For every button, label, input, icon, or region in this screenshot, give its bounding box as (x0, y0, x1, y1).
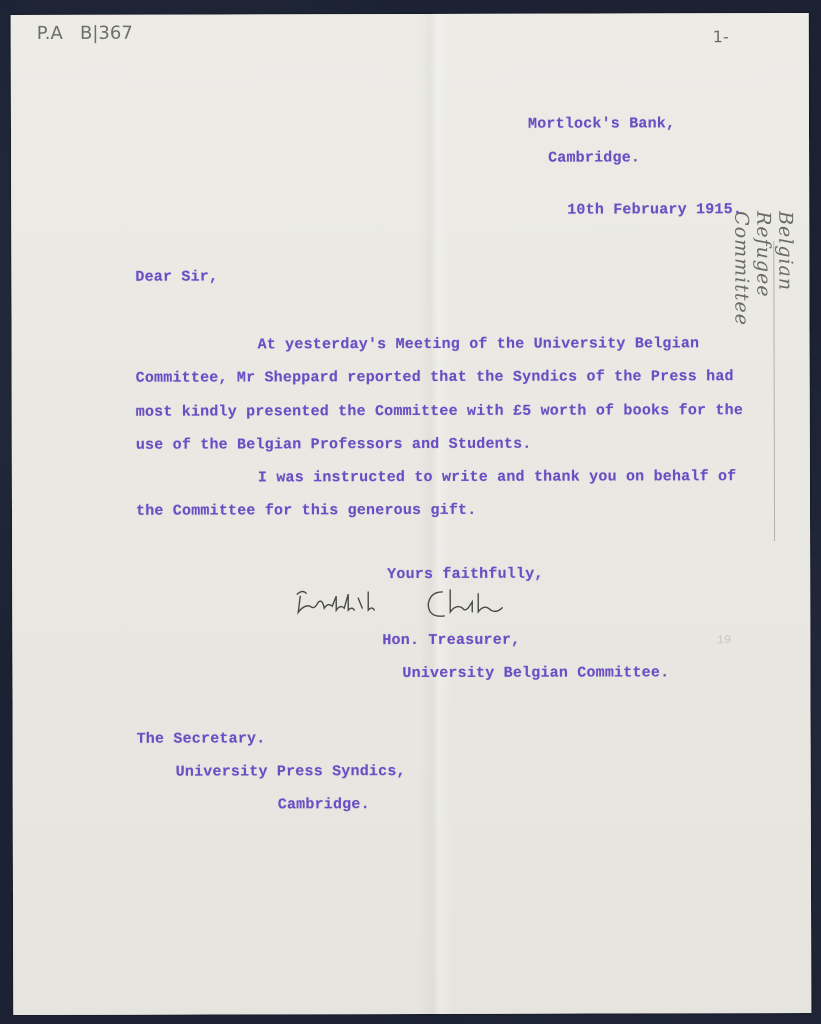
recipient-line-3: Cambridge. (278, 796, 370, 813)
page-number-mark: 1- (713, 27, 729, 46)
recipient-line-1: The Secretary. (137, 730, 266, 747)
valediction: Yours faithfully, (387, 566, 543, 583)
salutation: Dear Sir, (135, 269, 218, 286)
signatory-organisation: University Belgian Committee. (402, 664, 669, 682)
body-line: the Committee for this generous gift. (136, 502, 477, 520)
letter-page: P.A B|367 1- Mortlock's Bank, Cambridge.… (11, 13, 812, 1015)
recipient-line-2: University Press Syndics, (176, 763, 406, 781)
body-line: At yesterday's Meeting of the University… (258, 335, 700, 353)
archive-reference-mark: P.A B|367 (37, 23, 133, 44)
side-annotation: Belgian Refugee Committee (730, 211, 796, 326)
handwritten-signature (292, 584, 532, 625)
address-line-1: Mortlock's Bank, (528, 115, 675, 132)
show-through-text: 19 (702, 633, 731, 647)
signature-icon (292, 584, 532, 625)
body-line: Committee, Mr Sheppard reported that the… (136, 368, 734, 387)
body-line: I was instructed to write and thank you … (258, 468, 737, 486)
body-line: use of the Belgian Professors and Studen… (136, 436, 532, 454)
signatory-title: Hon. Treasurer, (382, 632, 520, 649)
body-line: most kindly presented the Committee with… (136, 402, 743, 421)
letter-date: 10th February 1915. (567, 201, 742, 218)
address-line-2: Cambridge. (548, 149, 640, 166)
